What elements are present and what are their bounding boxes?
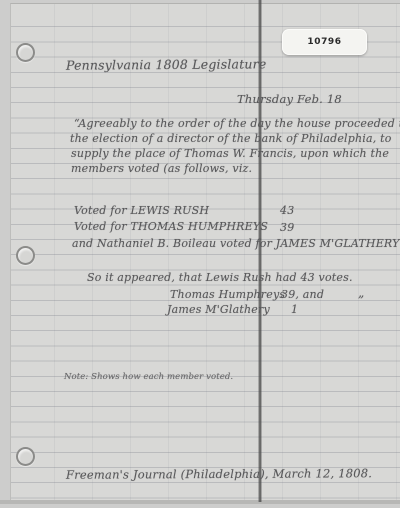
catalog-number: 10796 xyxy=(307,37,341,47)
punch-hole-middle xyxy=(16,246,35,265)
paper-bottom-edge xyxy=(0,500,400,504)
vote-row-label: and Nathaniel B. Boileau voted for JAMES… xyxy=(72,237,400,250)
summary-value: 1 xyxy=(291,303,298,316)
body-line-4: members voted (as follows, viz. xyxy=(71,162,252,175)
annotation-note: Note: Shows how each member voted. xyxy=(64,372,233,382)
vote-row-label: Voted for THOMAS HUMPHREYS xyxy=(74,220,268,233)
body-line-3: supply the place of Thomas W. Francis, u… xyxy=(71,147,389,160)
punch-hole-top xyxy=(16,43,35,62)
punch-hole-bottom xyxy=(16,447,35,466)
source-citation: Freeman's Journal (Philadelphia), March … xyxy=(66,466,372,482)
body-line-2: the election of a director of the bank o… xyxy=(70,132,392,145)
document-title: Pennsylvania 1808 Legislature xyxy=(66,56,267,72)
ditto-mark: „ xyxy=(358,286,364,300)
summary-name: James M'Glathery xyxy=(167,303,270,316)
date-line: Thursday Feb. 18 xyxy=(237,92,342,106)
summary-intro: So it appeared, that Lewis Rush had 43 v… xyxy=(87,271,353,284)
vote-row-count: 39 xyxy=(280,221,294,234)
body-line-1: “Agreeably to the order of the day the h… xyxy=(74,117,400,130)
fold-line xyxy=(258,0,262,502)
summary-value: 39, and xyxy=(281,288,324,301)
vote-row-count: 43 xyxy=(280,204,294,217)
scanned-document-page: 10796 Pennsylvania 1808 Legislature Thur… xyxy=(0,0,400,508)
notebook-paper xyxy=(10,3,400,501)
catalog-number-stamp: 10796 xyxy=(282,29,367,55)
vote-row-label: Voted for LEWIS RUSH xyxy=(74,204,209,217)
summary-name: Thomas Humphreys xyxy=(170,288,285,301)
